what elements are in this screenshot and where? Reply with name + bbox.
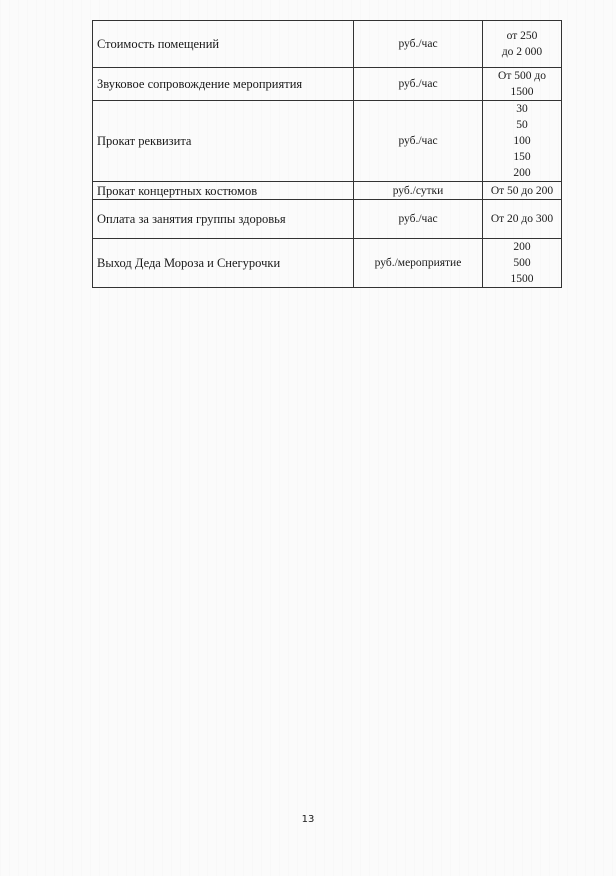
price-line: 500 xyxy=(487,255,557,271)
unit: руб./час xyxy=(354,200,483,239)
price-line: 50 xyxy=(487,117,557,133)
price-line: 150 xyxy=(487,149,557,165)
service-name: Стоимость помещений xyxy=(93,21,354,68)
price-line: 200 xyxy=(487,165,557,181)
table-row: Стоимость помещений руб./час от 250 до 2… xyxy=(93,21,562,68)
price: От 50 до 200 xyxy=(483,182,562,200)
price-line: 30 xyxy=(487,101,557,117)
service-name: Выход Деда Мороза и Снегурочки xyxy=(93,239,354,288)
unit: руб./сутки xyxy=(354,182,483,200)
price-table: Стоимость помещений руб./час от 250 до 2… xyxy=(92,20,562,288)
unit: руб./час xyxy=(354,21,483,68)
table-row: Звуковое сопровождение мероприятия руб./… xyxy=(93,68,562,101)
price-line: до 2 000 xyxy=(487,44,557,60)
service-name: Прокат концертных костюмов xyxy=(93,182,354,200)
page-number: 13 xyxy=(0,814,616,825)
price-line: от 250 xyxy=(487,28,557,44)
price-line: 1500 xyxy=(487,271,557,287)
price: От 500 до 1500 xyxy=(483,68,562,101)
unit: руб./мероприятие xyxy=(354,239,483,288)
service-name: Звуковое сопровождение мероприятия xyxy=(93,68,354,101)
price-line: 200 xyxy=(487,239,557,255)
unit: руб./час xyxy=(354,68,483,101)
table-row: Выход Деда Мороза и Снегурочки руб./меро… xyxy=(93,239,562,288)
table-row: Прокат концертных костюмов руб./сутки От… xyxy=(93,182,562,200)
price-line: 100 xyxy=(487,133,557,149)
table-row: Оплата за занятия группы здоровья руб./ч… xyxy=(93,200,562,239)
price: от 250 до 2 000 xyxy=(483,21,562,68)
price: 200 500 1500 xyxy=(483,239,562,288)
unit: руб./час xyxy=(354,101,483,182)
price: 30 50 100 150 200 xyxy=(483,101,562,182)
service-name: Оплата за занятия группы здоровья xyxy=(93,200,354,239)
price: От 20 до 300 xyxy=(483,200,562,239)
service-name: Прокат реквизита xyxy=(93,101,354,182)
table-row: Прокат реквизита руб./час 30 50 100 150 … xyxy=(93,101,562,182)
